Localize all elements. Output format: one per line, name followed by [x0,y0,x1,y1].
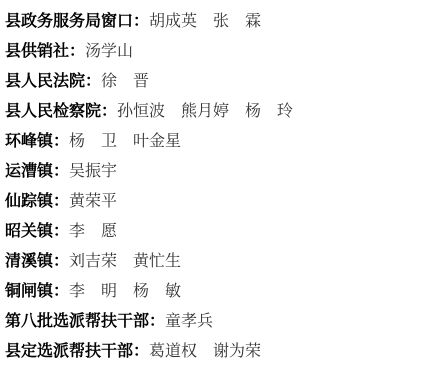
assignment-line: 县政务服务局窗口：胡成英 张 霖 [5,7,439,37]
unit-label: 县人民法院： [5,73,101,90]
unit-label: 铜闸镇： [5,283,69,300]
assignment-line: 县人民法院：徐 晋 [5,67,439,97]
unit-label: 县定选派帮扶干部： [5,343,149,360]
personnel-names: 李 明 杨 敏 [69,283,181,300]
personnel-names: 刘吉荣 黄忙生 [69,253,181,270]
assignment-line: 县供销社：汤学山 [5,37,439,67]
assignment-line: 环峰镇：杨 卫 叶金星 [5,127,439,157]
unit-label: 仙踪镇： [5,193,69,210]
personnel-names: 李 愿 [69,223,117,240]
assignment-line: 昭关镇：李 愿 [5,217,439,247]
personnel-names: 葛道权 谢为荣 [149,343,261,360]
unit-label: 县供销社： [5,43,85,60]
unit-label: 县人民检察院： [5,103,117,120]
assignment-line: 县定选派帮扶干部：葛道权 谢为荣 [5,337,439,367]
assignment-line: 仙踪镇：黄荣平 [5,187,439,217]
assignment-line: 第八批选派帮扶干部：童孝兵 [5,307,439,337]
personnel-assignment-document: 县政务服务局窗口：胡成英 张 霖 县供销社：汤学山 县人民法院：徐 晋 县人民检… [0,0,443,367]
assignment-line: 铜闸镇：李 明 杨 敏 [5,277,439,307]
unit-label: 清溪镇： [5,253,69,270]
unit-label: 县政务服务局窗口： [5,13,149,30]
assignment-line: 运漕镇：吴振宇 [5,157,439,187]
personnel-names: 黄荣平 [69,193,117,210]
unit-label: 环峰镇： [5,133,69,150]
personnel-names: 徐 晋 [101,73,149,90]
personnel-names: 杨 卫 叶金星 [69,133,181,150]
assignment-line: 县人民检察院：孙恒波 熊月婷 杨 玲 [5,97,439,127]
personnel-names: 孙恒波 熊月婷 杨 玲 [117,103,293,120]
personnel-names: 吴振宇 [69,163,117,180]
personnel-names: 童孝兵 [165,313,213,330]
unit-label: 运漕镇： [5,163,69,180]
personnel-names: 汤学山 [85,43,133,60]
personnel-names: 胡成英 张 霖 [149,13,261,30]
assignment-line: 清溪镇：刘吉荣 黄忙生 [5,247,439,277]
unit-label: 第八批选派帮扶干部： [5,313,165,330]
unit-label: 昭关镇： [5,223,69,240]
